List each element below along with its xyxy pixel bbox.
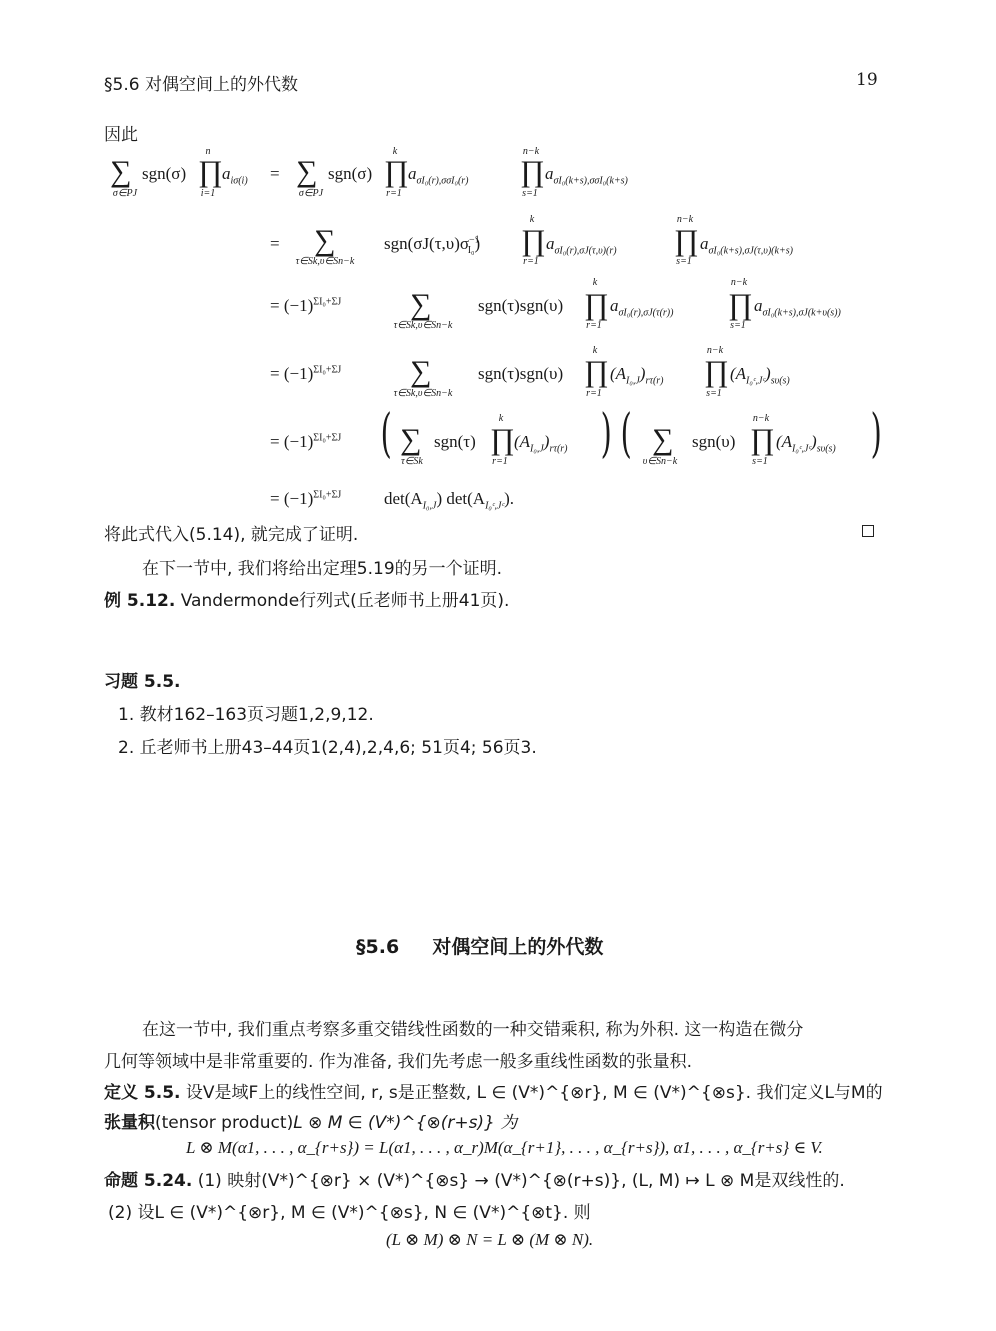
equals: = xyxy=(270,164,280,184)
prod-lower: s=1 xyxy=(702,388,726,399)
matrix-term: (AI₀,J)rτ(r) xyxy=(514,432,568,454)
qed-square-icon xyxy=(862,525,874,537)
running-header: §5.6 对偶空间上的外代数 xyxy=(104,70,298,95)
sgn-term: sgn(τ)sgn(υ) xyxy=(478,364,563,384)
header-section-title: §5.6 对偶空间上的外代数 xyxy=(104,75,298,95)
sign-factor: = (−1)ΣI₀+ΣJ xyxy=(270,432,341,452)
sum-symbol: ∑ xyxy=(314,226,335,256)
exercise-text: 丘老师书上册43–44页1(2,4),2,4,6; 51页4; 56页3. xyxy=(140,738,537,758)
sum-symbol: ∑ xyxy=(296,157,317,187)
section-intro-line-2: 几何等领域中是非常重要的. 作为准备, 我们先考虑一般多重线性函数的张量积. xyxy=(104,1047,692,1072)
exercise-number: 2. xyxy=(118,738,134,758)
prod-lower: s=1 xyxy=(672,256,696,267)
a-term: aσI₀(r),σJ(τ,υ)(r) xyxy=(546,234,617,256)
prod-symbol: ∏ xyxy=(384,157,409,187)
sign-factor: = (−1)ΣI₀+ΣJ xyxy=(270,489,341,509)
a-term: aσI₀(r),σJ(τ(r)) xyxy=(610,296,673,318)
prod-symbol: ∏ xyxy=(750,425,775,455)
definition-line-2: 张量积(tensor product)L ⊗ M ∈ (V*)^{⊗(r+s)}… xyxy=(104,1108,517,1133)
prod-symbol: ∏ xyxy=(584,290,609,320)
prod-lower: r=1 xyxy=(519,256,543,267)
sum-limit: τ∈Sk,υ∈Sn−k xyxy=(378,320,468,331)
proposition-formula: (L ⊗ M) ⊗ N = L ⊗ (M ⊗ N). xyxy=(386,1230,593,1250)
proposition-text: (1) 映射(V*)^{⊗r} × (V*)^{⊗s} → (V*)^{⊗(r+… xyxy=(198,1171,845,1191)
sum-symbol: ∑ xyxy=(400,425,421,455)
determinant-product: det(AI₀,J) det(AI₀ᶜ,Jᶜ). xyxy=(384,489,514,511)
prod-lower: i=1 xyxy=(196,188,220,199)
a-term: aσI₀(r),σσI₀(r) xyxy=(408,164,469,186)
prod-symbol: ∏ xyxy=(674,226,699,256)
sum-limit: τ∈Sk xyxy=(392,456,432,467)
prod-symbol: ∏ xyxy=(704,357,729,387)
prod-lower: r=1 xyxy=(582,320,606,331)
prod-symbol: ∏ xyxy=(521,226,546,256)
section-title: 对偶空间上的外代数 xyxy=(432,936,603,958)
prod-symbol: ∏ xyxy=(520,157,545,187)
sign-factor: = (−1)ΣI₀+ΣJ xyxy=(270,364,341,384)
sum-symbol: ∑ xyxy=(110,157,131,187)
exercise-item: 2. 丘老师书上册43–44页1(2,4),2,4,6; 51页4; 56页3. xyxy=(118,733,537,758)
prod-upper: n−k xyxy=(724,277,754,288)
sum-limit: τ∈Sk,υ∈Sn−k xyxy=(378,388,468,399)
prod-lower: s=1 xyxy=(726,320,750,331)
prod-symbol: ∏ xyxy=(728,290,753,320)
definition-term-en: (tensor product) xyxy=(155,1113,293,1133)
definition-text: 设V是域F上的线性空间, r, s是正整数, L ∈ (V*)^{⊗r}, M … xyxy=(186,1083,883,1103)
matrix-term: (AI₀ᶜ,Jᶜ)sυ(s) xyxy=(730,364,790,386)
right-paren: ) xyxy=(871,408,882,460)
proposition-label: 命题 5.24. xyxy=(104,1171,192,1191)
section-intro-line-1: 在这一节中, 我们重点考察多重交错线性函数的一种交错乘积, 称为外积. 这一构造… xyxy=(142,1015,803,1040)
prod-symbol: ∏ xyxy=(490,425,515,455)
a-term: aσI₀(k+s),σJ(k+υ(s)) xyxy=(754,296,841,318)
example: 例 5.12. Vandermonde行列式(丘老师书上册41页). xyxy=(104,586,509,611)
right-paren: ) xyxy=(601,408,612,460)
sum-symbol: ∑ xyxy=(410,290,431,320)
sum-symbol: ∑ xyxy=(652,425,673,455)
definition-text-rest: L ⊗ M ∈ (V*)^{⊗(r+s)} 为 xyxy=(293,1113,517,1133)
equals: = xyxy=(270,234,280,254)
exercises-title: 习题 5.5. xyxy=(104,667,181,692)
sum-limit: σ∈PJ xyxy=(100,188,150,199)
prod-symbol: ∏ xyxy=(584,357,609,387)
prod-lower: r=1 xyxy=(382,188,406,199)
example-text: Vandermonde行列式(丘老师书上册41页). xyxy=(181,591,510,611)
exercise-item: 1. 教材162–163页习题1,2,9,12. xyxy=(118,700,374,725)
sgn-term: sgn(σJ(τ,υ)σ−1I₀) xyxy=(384,234,480,256)
sgn-term: sgn(σ) xyxy=(328,164,372,184)
sgn-term: sgn(τ)sgn(υ) xyxy=(478,296,563,316)
matrix-term: (AI₀ᶜ,Jᶜ)sυ(s) xyxy=(776,432,836,454)
example-label: 例 5.12. xyxy=(104,591,175,611)
definition-label: 定义 5.5. xyxy=(104,1083,181,1103)
sum-limit: σ∈PJ xyxy=(286,188,336,199)
sgn-term: sgn(σ) xyxy=(142,164,186,184)
sum-symbol: ∑ xyxy=(410,357,431,387)
left-paren: ( xyxy=(381,408,392,460)
a-term: aσI₀(k+s),σσI₀(k+s) xyxy=(545,164,628,186)
definition-line-1: 定义 5.5. 设V是域F上的线性空间, r, s是正整数, L ∈ (V*)^… xyxy=(104,1078,883,1103)
sum-limit: υ∈Sn−k xyxy=(630,456,690,467)
proof-intro: 因此 xyxy=(104,120,138,145)
exercise-text: 教材162–163页习题1,2,9,12. xyxy=(140,705,374,725)
sgn-term: sgn(τ) xyxy=(434,432,476,452)
section-heading: §5.6 对偶空间上的外代数 xyxy=(356,932,603,959)
proposition-part-1: 命题 5.24. (1) 映射(V*)^{⊗r} × (V*)^{⊗s} → (… xyxy=(104,1166,845,1191)
prod-lower: r=1 xyxy=(488,456,512,467)
sign-factor: = (−1)ΣI₀+ΣJ xyxy=(270,296,341,316)
proposition-part-2: (2) 设L ∈ (V*)^{⊗r}, M ∈ (V*)^{⊗s}, N ∈ (… xyxy=(108,1198,591,1223)
matrix-term: (AI₀,J)rτ(r) xyxy=(610,364,664,386)
left-paren: ( xyxy=(621,408,632,460)
definition-term: 张量积 xyxy=(104,1113,155,1133)
prod-lower: s=1 xyxy=(748,456,772,467)
a-term: aiσ(i) xyxy=(222,164,248,186)
exercise-number: 1. xyxy=(118,705,134,725)
sum-limit: τ∈Sk,υ∈Sn−k xyxy=(280,256,370,267)
prod-lower: r=1 xyxy=(582,388,606,399)
a-term: aσI₀(k+s),σJ(τ,υ)(k+s) xyxy=(700,234,793,256)
proof-conclusion: 将此式代入(5.14), 就完成了证明. xyxy=(104,520,358,545)
prod-lower: s=1 xyxy=(518,188,542,199)
prod-upper: k xyxy=(585,277,605,288)
page-number: 19 xyxy=(856,70,878,90)
section-number: §5.6 xyxy=(356,936,399,958)
definition-formula: L ⊗ M(α1, . . . , α_{r+s}) = L(α1, . . .… xyxy=(186,1138,823,1158)
sgn-term: sgn(υ) xyxy=(692,432,735,452)
prod-symbol: ∏ xyxy=(198,157,223,187)
next-section-note: 在下一节中, 我们将给出定理5.19的另一个证明. xyxy=(142,554,502,579)
